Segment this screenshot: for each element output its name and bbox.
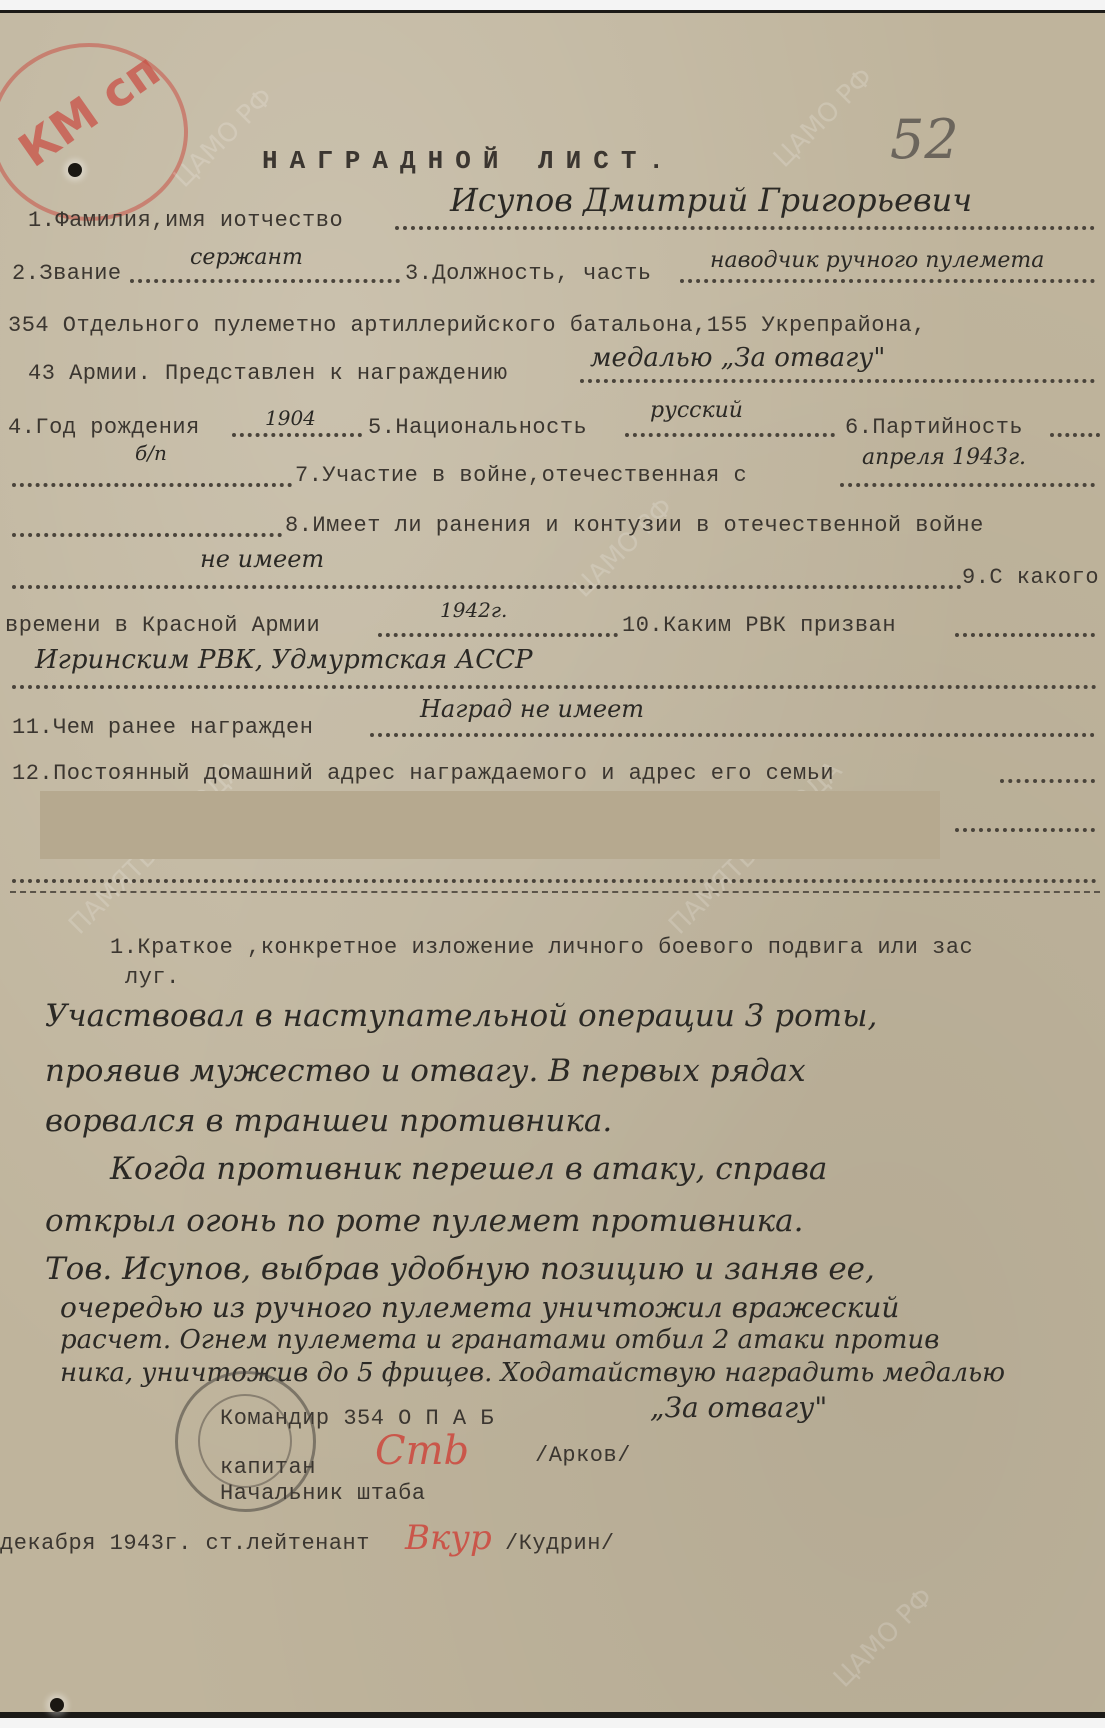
dotted-line [370, 733, 1095, 737]
unit-line: 354 Отдельного пулеметно артиллерийского… [8, 313, 926, 338]
field-10-value: Игринским РВК, Удмуртская АССР [35, 645, 532, 675]
dotted-line [955, 633, 1095, 637]
field-9-label-cont: времени в Красной Армии [5, 613, 320, 638]
field-12-label: 12.Постоянный домашний адрес награждаемо… [12, 761, 834, 786]
section-2-label-cont: луг. [125, 965, 180, 990]
narrative-line: „За отвагу" [650, 1391, 827, 1424]
army-line: 43 Армии. Представлен к награждению [28, 361, 508, 386]
award-sheet: КМ сп ЦАМО РФ ЦАМО РФ ЦАМО РФ ПАМЯТЬ НАР… [0, 10, 1105, 1718]
dotted-line [395, 226, 1095, 230]
dotted-line [580, 379, 1095, 383]
field-4-value: 1904 [265, 406, 316, 430]
dotted-line [12, 685, 1097, 689]
section-2-label: 1.Краткое ,конкретное изложение личного … [110, 935, 973, 960]
dotted-line [130, 279, 400, 283]
dotted-line [232, 433, 362, 437]
narrative-line: Участвовал в наступательной операции 3 р… [45, 998, 877, 1034]
chief-signature: Вкур [405, 1518, 492, 1558]
award-value: медалью „За отвагу" [590, 343, 885, 373]
dotted-line [1050, 433, 1100, 437]
field-2-label: 2.Звание [12, 261, 122, 286]
field-7-label: 7.Участие в войне,отечественная с [295, 463, 747, 488]
field-11-value: Наград не имеет [420, 695, 644, 723]
section-divider [10, 891, 1100, 893]
dotted-line [840, 483, 1095, 487]
narrative-line: ворвался в траншеи противника. [45, 1103, 612, 1139]
field-8-value: не имеет [200, 545, 324, 573]
field-9-label: 9.С какого [962, 565, 1099, 590]
field-7-value: апреля 1943г. [862, 445, 1026, 470]
punch-hole [50, 1698, 64, 1712]
field-2-value: сержант [190, 245, 303, 270]
field-11-label: 11.Чем ранее награжден [12, 715, 313, 740]
dotted-line [625, 433, 835, 437]
commander-rank: капитан [220, 1455, 316, 1480]
field-1-label: 1.Фамилия,имя иотчество [28, 208, 343, 233]
date-rank: декабря 1943г. ст.лейтенант [0, 1531, 370, 1556]
narrative-line: проявив мужество и отвагу. В первых ряда… [45, 1053, 806, 1089]
punch-hole [68, 163, 82, 177]
chief-name: /Кудрин/ [505, 1531, 615, 1556]
field-8-label: 8.Имеет ли ранения и контузии в отечеств… [285, 513, 984, 538]
field-6-label: 6.Партийность [845, 415, 1023, 440]
field-4-label: 4.Год рождения [8, 415, 200, 440]
dotted-line [680, 279, 1095, 283]
field-5-value: русский [650, 398, 743, 423]
watermark: ЦАМО РФ [768, 62, 879, 173]
field-6-value: б/п [135, 441, 167, 465]
dotted-line [955, 828, 1095, 832]
commander-signature: Сmb [375, 1428, 469, 1474]
field-5-label: 5.Национальность [368, 415, 587, 440]
document-title: НАГРАДНОЙ ЛИСТ. [262, 146, 676, 176]
pencil-page-number: 52 [890, 108, 959, 171]
narrative-line: Тов. Исупов, выбрав удобную позицию и за… [45, 1251, 875, 1287]
dotted-line [1000, 779, 1095, 783]
narrative-line: Когда противник перешел в атаку, справа [110, 1151, 827, 1187]
field-1-value: Исупов Дмитрий Григорьевич [450, 181, 972, 219]
field-10-label: 10.Каким РВК призван [622, 613, 896, 638]
narrative-line: открыл огонь по роте пулемет противника. [45, 1203, 803, 1239]
dotted-line [12, 533, 282, 537]
narrative-line: расчет. Огнем пулемета и гранатами отбил… [60, 1325, 939, 1355]
narrative-line: очередью из ручного пулемета уничтожил в… [60, 1291, 899, 1324]
field-3-value: наводчик ручного пулемета [710, 248, 1044, 273]
dotted-line [12, 483, 292, 487]
field-3-label: 3.Должность, часть [405, 261, 652, 286]
commander-name: /Арков/ [535, 1443, 631, 1468]
narrative-line: ника, уничтожив до 5 фрицев. Ходатайству… [60, 1358, 1005, 1388]
dotted-line [378, 633, 618, 637]
chief-label: Начальник штаба [220, 1481, 426, 1506]
redacted-address [40, 791, 940, 859]
dotted-line [12, 879, 1097, 883]
dotted-line [12, 585, 962, 589]
watermark: ЦАМО РФ [828, 1582, 939, 1693]
field-9-value: 1942г. [440, 598, 507, 622]
